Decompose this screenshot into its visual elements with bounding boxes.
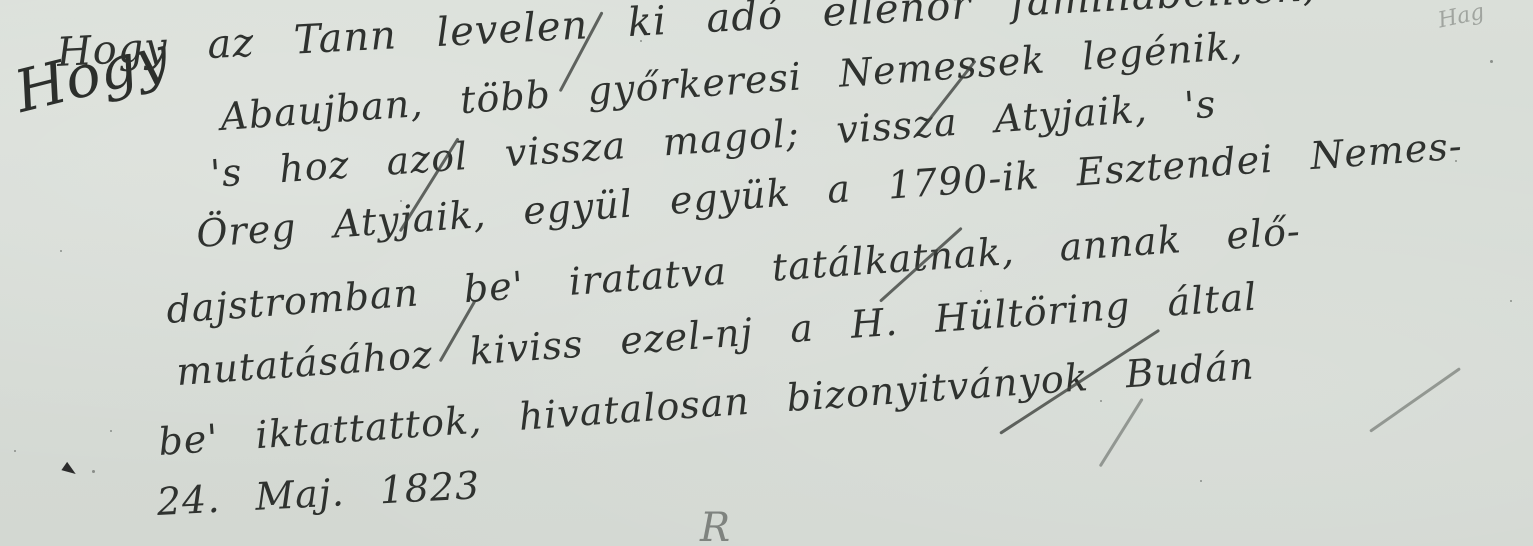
bottom-fragment: R bbox=[700, 505, 730, 546]
